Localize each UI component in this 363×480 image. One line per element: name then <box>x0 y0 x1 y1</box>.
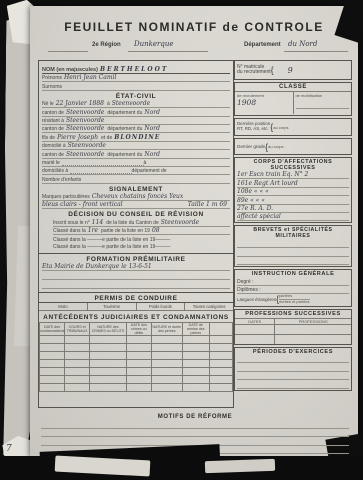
permis-columns: Moto Tourisme Poids lourds Toutes catégo… <box>39 302 233 311</box>
ruled-line <box>237 248 349 257</box>
derniere-position-sub: au corps <box>273 125 288 130</box>
departement-label: Département <box>244 42 281 48</box>
dernier-grade-sub: au corps <box>268 144 283 149</box>
corps-entry: 108e « « « <box>237 188 269 195</box>
field-label: Inscrit sous le n° <box>53 220 90 226</box>
field-value: BLONDINE <box>114 134 160 141</box>
field-label: marié le <box>42 160 60 166</box>
field-value: Nord <box>144 125 160 132</box>
professions-heading: PROFESSIONS SUCCESSIVES <box>235 310 351 318</box>
col-header: COURS et TRIBUNAUX <box>65 322 90 335</box>
marques-label: Marques particulières <box>42 194 90 200</box>
field-label: résidant à <box>42 118 64 124</box>
prenoms-value: Henri Jean Camil <box>64 74 116 81</box>
table-cell <box>235 325 275 334</box>
nom-row: NOM (en majuscules) BERTHELOOT <box>42 61 230 74</box>
table-row <box>40 351 233 359</box>
corps-entry: 89e « « « <box>237 197 265 204</box>
region-value: Dunkerque <box>134 40 174 48</box>
conseil-heading: DÉCISION DU CONSEIL DE RÉVISION <box>39 211 233 218</box>
brace-glyph: { <box>271 65 274 75</box>
field-label: Classé dans la <box>53 228 86 234</box>
surnoms-label: Surnoms <box>42 84 62 90</box>
prenoms-label: Prénoms <box>42 75 62 81</box>
corps-line: affecté spécial <box>237 213 349 221</box>
field-label: Né le <box>42 101 54 107</box>
col-header: DATE de remise des peines <box>182 322 209 335</box>
ruled-line <box>237 355 349 364</box>
corps-entry: 1er Escn train Eq. N° 2 <box>237 171 308 178</box>
page-title: FEUILLET NOMINATIF de CONTROLE <box>30 20 358 34</box>
field-value: Steenvoorde <box>68 142 106 149</box>
conseil-line: Classé dans la 1re partie de la liste en… <box>53 227 230 235</box>
corps-entry: 27e R. A. D. <box>237 205 273 212</box>
permis-col-poids-lourds: Poids lourds <box>137 303 186 310</box>
ruled-line <box>237 239 349 248</box>
corps-entry: 161e Regt Art lourd <box>237 180 298 187</box>
field-label: à <box>144 160 147 166</box>
corps-line: 27e R. A. D. <box>237 205 349 213</box>
diplomes-line: Diplômes : <box>237 286 349 294</box>
field-value: Steenvoorde <box>66 151 104 158</box>
langues-label: Langues étrangères <box>237 297 276 302</box>
professions-box: PROFESSIONS SUCCESSIVES DATES PROFESSION… <box>234 309 352 345</box>
field-value: 114 <box>92 219 103 226</box>
signalement-line: bleus clairs - front vertical Taille 1 m… <box>42 201 230 209</box>
ruled-line <box>296 98 350 109</box>
brevets-box: BREVETS et SPÉCIALITÉS MILITAIRES <box>234 225 352 267</box>
table-row <box>40 343 233 351</box>
field-label: Classé dans la ———e partie de la liste e… <box>53 237 170 243</box>
permis-col-moto: Moto <box>39 303 88 310</box>
brevets-heading: BREVETS et SPÉCIALITÉS MILITAIRES <box>237 227 349 239</box>
dernier-grade-label: Dernier grade <box>237 144 265 149</box>
etat-civil-line: Nombre d'enfants <box>42 175 230 183</box>
field-label: Classé dans la ———e partie de la liste e… <box>53 244 170 250</box>
table-row <box>40 375 233 383</box>
field-label: département du <box>107 152 142 158</box>
antecedents-header-row: DATE des condamnations COURS et TRIBUNAU… <box>40 322 233 335</box>
field-label: département du <box>107 126 142 132</box>
surnoms-row: Surnoms <box>42 82 230 90</box>
field-label: domiciliés à <box>42 168 68 174</box>
etat-civil-line: résidant à Steenvoorde <box>42 117 230 125</box>
permis-heading: PERMIS DE CONDUIRE <box>39 292 233 302</box>
professions-col-dates: DATES <box>235 319 275 324</box>
field-value: Steenvoorde <box>66 117 104 124</box>
field-label: et de <box>101 135 112 141</box>
col-header <box>209 322 232 335</box>
table-cell <box>275 335 351 344</box>
etat-civil-line: fils de Pierre Joseph et de BLONDINE <box>42 133 230 141</box>
conseil-line: Classé dans la ———e partie de la liste e… <box>53 235 230 242</box>
derniere-position-label2: RT, RD, AS, etc. <box>237 127 270 132</box>
col-header: DATE des condamnations <box>40 322 65 335</box>
field-label: canton de <box>42 152 64 158</box>
signalement-heading: SIGNALEMENT <box>39 186 233 193</box>
professions-col-professions: PROFESSIONS <box>275 319 351 324</box>
table-row <box>40 335 233 343</box>
field-label: de la liste du Canton de <box>106 220 159 226</box>
ruled-line <box>237 372 349 381</box>
ruled-line <box>237 380 349 389</box>
corps-line: 89e « « « <box>237 196 349 204</box>
etat-civil-line: Né le 22 Janvier 1888 à Steenvoorde <box>42 100 230 108</box>
field-label: Nombre d'enfants <box>42 177 81 183</box>
matricule-value: 9 <box>288 66 293 75</box>
table-row <box>40 367 233 375</box>
diplomes-label: Diplômes : <box>237 287 261 293</box>
ruled-line <box>42 280 230 289</box>
field-label: canton de <box>42 126 64 132</box>
col-header: NATURE des CRIMES ou DÉLITS <box>90 322 127 335</box>
marques-value: Cheveux chatains foncés Yeux <box>92 193 184 200</box>
ruled-line <box>41 420 349 429</box>
margin-number: 7 <box>6 444 12 454</box>
field-value: Steenvoorde <box>112 100 150 107</box>
table-row <box>40 359 233 367</box>
marques-value2: bleus clairs - front vertical <box>42 201 123 208</box>
nom-label: NOM (en majuscules) <box>42 67 98 73</box>
table-row <box>40 383 233 391</box>
field-label: fils de <box>42 135 55 141</box>
ruled-line <box>237 257 349 266</box>
form-sheet: FEUILLET NOMINATIF de CONTROLE 2e Région… <box>30 6 358 458</box>
ruled-line <box>237 363 349 372</box>
field-value: 22 Janvier 1888 <box>56 100 104 107</box>
dernier-grade-box: Dernier grade { au corps <box>234 138 352 155</box>
conseil-line: Inscrit sous le n° 114 de la liste du Ca… <box>53 218 230 226</box>
field-value: Steenvoorde <box>161 219 199 226</box>
classe-heading: CLASSE <box>235 83 351 91</box>
region-line: 2e Région Dunkerque Département du Nord <box>48 40 348 52</box>
nom-value: BERTHELOOT <box>100 66 168 73</box>
form-body: NOM (en majuscules) BERTHELOOT Prénoms H… <box>38 60 352 452</box>
periodes-heading: PÉRIODES D'EXERCICES <box>237 349 349 355</box>
field-value: Steenvoorde <box>66 125 104 132</box>
field-value: Steenvoorde <box>66 109 104 116</box>
etat-civil-heading: ÉTAT-CIVIL <box>39 93 233 100</box>
field-label: canton de <box>42 110 64 116</box>
etat-civil-line: canton de Steenvoorde département du Nor… <box>42 125 230 133</box>
langues-line: Langues étrangères { parlées écrites et … <box>237 294 349 305</box>
formation-heading: FORMATION PRÉMILITAIRE <box>39 253 233 263</box>
corps-affectations-box: CORPS D'AFFECTATIONS SUCCESSIVES 1er Esc… <box>234 157 352 223</box>
table-cell <box>275 325 351 334</box>
field-value: Nord <box>144 109 160 116</box>
formation-line: Eta Mairie de Dunkerque le 13-6-51 <box>42 263 230 271</box>
corps-line: 108e « « « <box>237 188 349 196</box>
field-label: département du <box>107 110 142 116</box>
conseil-line: Classé dans la ———e partie de la liste e… <box>53 243 230 250</box>
field-label: domicilié à <box>42 143 66 149</box>
etat-civil-line: canton de Steenvoorde département du Nor… <box>42 108 230 116</box>
field-value: 08 <box>152 227 160 234</box>
table-cell <box>235 335 275 344</box>
etat-civil-line: domicilié à Steenvoorde <box>42 142 230 150</box>
ruled-line <box>42 271 230 280</box>
antecedents-heading: ANTÉCÉDENTS JUDICIAIRES ET CONDAMNATIONS <box>39 314 233 321</box>
prenoms-row: Prénoms Henri Jean Camil <box>42 74 230 82</box>
etat-civil-line: canton de Steenvoorde département du Nor… <box>42 150 230 158</box>
field-value: Nord <box>144 151 160 158</box>
derniere-position-box: Dernière position RT, RD, AS, etc. { au … <box>234 118 352 136</box>
instruction-box: INSTRUCTION GÉNÉRALE Degré : Diplômes : … <box>234 269 352 306</box>
col-header: NATURE et durée des peines <box>151 322 182 335</box>
permis-col-tourisme: Tourisme <box>88 303 137 310</box>
departement-value: du Nord <box>288 40 317 48</box>
field-label: partie de la liste en 19 <box>101 228 150 234</box>
ruled-line <box>41 429 349 438</box>
permis-col-toutes-categories: Toutes catégories <box>185 303 233 310</box>
right-column: N° matricule du recrutement { 9 CLASSE d… <box>234 60 352 406</box>
col-header: DATE des crimes ou délits <box>126 322 151 335</box>
degre-label: Degré : <box>237 279 253 285</box>
corps-entry: affecté spécial <box>237 213 281 220</box>
field-label: à <box>107 101 110 107</box>
scanned-document-page: 7 FEUILLET NOMINATIF de CONTROLE 2e Régi… <box>0 0 363 480</box>
classe-col1-value: 1908 <box>237 98 291 107</box>
instruction-heading: INSTRUCTION GÉNÉRALE <box>237 271 349 277</box>
field-value: Pierre Joseph <box>57 134 98 141</box>
region-label: 2e Région <box>92 42 121 48</box>
field-label: département de <box>132 168 167 174</box>
formation-entry: Eta Mairie de Dunkerque le 13-6-51 <box>42 263 152 270</box>
matricule-label2: du recrutement <box>237 70 271 76</box>
langues-opt2: écrites et parlées <box>279 300 309 305</box>
torn-paper-flap <box>205 459 275 473</box>
classe-box: CLASSE de recrutement 1908 de mobilisati… <box>234 82 352 116</box>
field-value: 1re <box>88 227 98 234</box>
etat-civil-line: marié le à <box>42 159 230 167</box>
corps-heading: CORPS D'AFFECTATIONS SUCCESSIVES <box>237 159 349 171</box>
matricule-box: N° matricule du recrutement { 9 <box>234 60 352 80</box>
antecedents-table: DATE des condamnations COURS et TRIBUNAU… <box>39 322 233 392</box>
signalement-line: Marques particulières Cheveux chatains f… <box>42 193 230 201</box>
corps-line: 1er Escn train Eq. N° 2 <box>237 171 349 179</box>
periodes-box: PÉRIODES D'EXERCICES <box>234 347 352 391</box>
taille-value: Taille 1 m 69 <box>188 201 227 208</box>
corps-line: 161e Regt Art lourd <box>237 179 349 187</box>
etat-civil-line: domiciliés à département de <box>42 167 230 175</box>
degre-line: Degré : <box>237 277 349 285</box>
left-column: NOM (en majuscules) BERTHELOOT Prénoms H… <box>38 60 234 408</box>
